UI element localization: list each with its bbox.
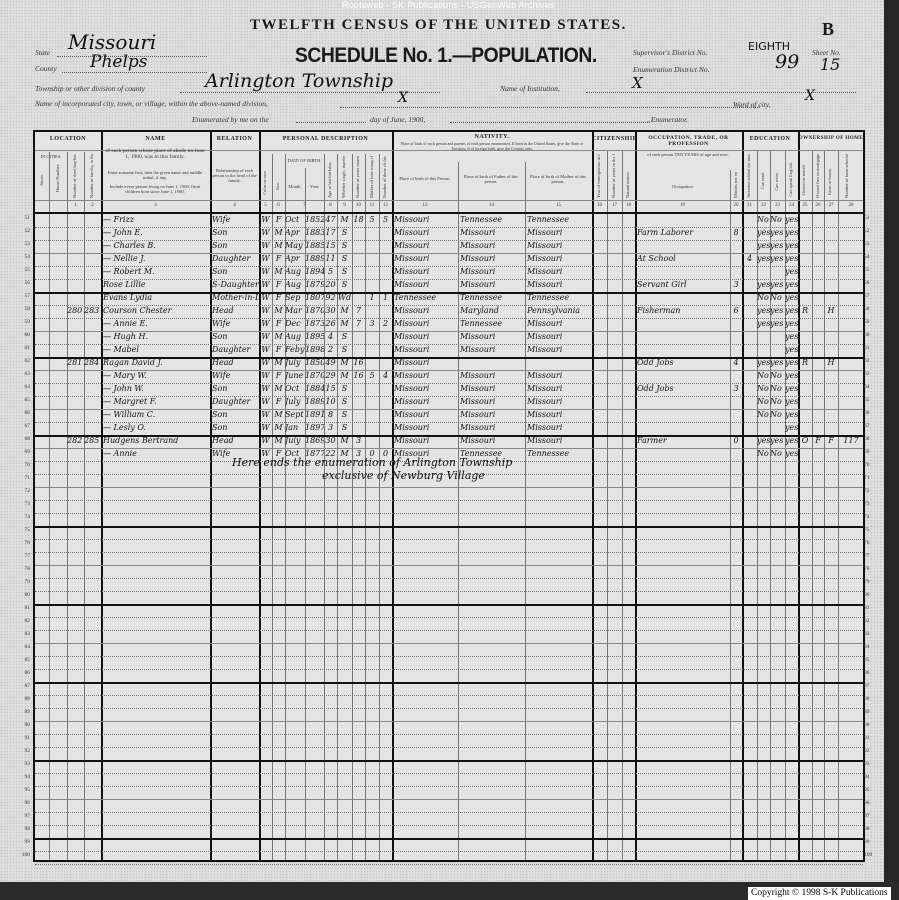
cell-year: 1869 xyxy=(305,435,324,447)
cell-year: 1870 xyxy=(305,370,324,382)
group-nativity: NATIVITY. xyxy=(392,134,592,140)
cell-unemployed: 3 xyxy=(730,279,742,291)
cell-mother-bp: Missouri xyxy=(527,331,592,343)
cell-month: Aug xyxy=(285,266,305,278)
sub-farm-schedule: Number of farm schedule. xyxy=(844,154,849,198)
line-number: 54 xyxy=(864,254,878,260)
cell-age: 4 xyxy=(324,331,337,343)
cell-marital: M xyxy=(337,214,352,226)
line-number: 75 xyxy=(864,527,878,533)
row-rule xyxy=(35,552,863,553)
cell-father-bp: Missouri xyxy=(460,344,525,356)
row-rule xyxy=(35,695,863,696)
cell-color: W xyxy=(259,357,272,369)
cell-name: — William C. xyxy=(103,409,210,421)
sub-dwelling: Number of dwelling-house, in the order o… xyxy=(72,154,77,198)
cell-father-bp: Missouri xyxy=(460,279,525,291)
cell-age: 11 xyxy=(324,253,337,265)
cell-occupation: Odd Jobs xyxy=(637,357,730,369)
cell-marital: S xyxy=(337,240,352,252)
cell-relation: Son xyxy=(212,266,259,278)
col-num-13: 13 xyxy=(392,203,458,208)
cell-birthplace: Missouri xyxy=(394,422,458,434)
cell-birthplace: Missouri xyxy=(394,240,458,252)
line-number: 98 xyxy=(864,826,878,832)
incorporated-value: X xyxy=(398,90,408,106)
line-number: 77 xyxy=(864,553,878,559)
cell-marital: S xyxy=(337,279,352,291)
line-number: 87 xyxy=(864,683,878,689)
column-number-divider xyxy=(35,200,863,201)
line-number: 62 xyxy=(864,358,878,364)
cell-birthplace: Tennessee xyxy=(394,292,458,304)
cell-free: F xyxy=(812,435,824,447)
cell-family: 284 xyxy=(84,357,101,369)
cell-english: yes xyxy=(785,240,798,252)
line-number: 84 xyxy=(16,644,30,650)
col-divider xyxy=(67,152,68,860)
cell-age: 15 xyxy=(324,240,337,252)
cell-age: 15 xyxy=(324,383,337,395)
row-rule xyxy=(35,864,863,865)
cell-relation: Son xyxy=(212,240,259,252)
cell-sex: M xyxy=(272,266,285,278)
cell-father-bp: Missouri xyxy=(460,435,525,447)
cell-year: 1895 xyxy=(305,331,324,343)
sub-free-mortgaged: Owned free or mortgaged. xyxy=(815,154,820,198)
cell-english: yes xyxy=(785,344,798,356)
incorporated-line xyxy=(340,107,760,108)
cell-english: yes xyxy=(785,435,798,447)
cell-relation: Son xyxy=(212,409,259,421)
cell-month: July xyxy=(285,396,305,408)
line-number: 93 xyxy=(16,761,30,767)
cell-read: yes xyxy=(757,435,770,447)
line-number: 97 xyxy=(16,813,30,819)
line-number: 100 xyxy=(864,852,878,858)
enumerator-line xyxy=(450,122,650,123)
cell-color: W xyxy=(259,279,272,291)
line-number: 75 xyxy=(16,527,30,533)
cell-write: No xyxy=(770,448,785,460)
incorporated-label: Name of incorporated city, town, or vill… xyxy=(35,99,268,108)
line-number: 90 xyxy=(864,722,878,728)
col-divider xyxy=(798,132,800,860)
cell-age: 30 xyxy=(324,435,337,447)
cell-occupation: Farmer xyxy=(637,435,730,447)
line-number: 78 xyxy=(16,566,30,572)
cell-mother-bp: Missouri xyxy=(527,344,592,356)
line-number: 64 xyxy=(864,384,878,390)
nativity-description: Place of birth of each person and parent… xyxy=(395,142,589,151)
cell-mother-bp: Missouri xyxy=(527,396,592,408)
cell-name: — John W. xyxy=(103,383,210,395)
line-number: 66 xyxy=(16,410,30,416)
cell-mother-bp: Missouri xyxy=(527,253,592,265)
name-note-2: Include every person living on June 1, 1… xyxy=(105,184,205,194)
line-number: 86 xyxy=(16,670,30,676)
cell-write: yes xyxy=(770,240,785,252)
col-num-8: 8 xyxy=(324,203,337,208)
line-number: 60 xyxy=(16,332,30,338)
line-number: 68 xyxy=(16,436,30,442)
cell-years-married: 18 xyxy=(352,214,365,226)
row-rule xyxy=(35,565,863,566)
cell-name: Ragan David J. xyxy=(103,357,210,369)
cell-sex: F xyxy=(272,292,285,304)
line-number: 67 xyxy=(864,423,878,429)
cell-age: 2 xyxy=(324,344,337,356)
cell-write: yes xyxy=(770,227,785,239)
cell-color: W xyxy=(259,266,272,278)
cell-age: 26 xyxy=(324,318,337,330)
sub-children-living: Number of these children living. xyxy=(382,156,387,198)
line-number: 87 xyxy=(16,683,30,689)
cell-english: yes xyxy=(785,357,798,369)
col-divider xyxy=(622,150,623,860)
state-value: Missouri xyxy=(68,30,156,54)
cell-english: yes xyxy=(785,292,798,304)
cell-relation: Son xyxy=(212,422,259,434)
cell-year: 1807 xyxy=(305,292,324,304)
cell-age: 3 xyxy=(324,422,337,434)
line-number: 62 xyxy=(16,358,30,364)
sub-farm-house: Farm or house. xyxy=(827,168,832,195)
cell-english: yes xyxy=(785,331,798,343)
cell-name: — John E. xyxy=(103,227,210,239)
col-divider xyxy=(592,132,594,860)
line-number: 93 xyxy=(864,761,878,767)
cell-birthplace: Missouri xyxy=(394,409,458,421)
col-divider xyxy=(379,154,380,860)
cell-age: 20 xyxy=(324,279,337,291)
line-number: 70 xyxy=(864,462,878,468)
line-number: 57 xyxy=(864,293,878,299)
cell-color: W xyxy=(259,344,272,356)
cell-father-bp: Missouri xyxy=(460,422,525,434)
cell-color: W xyxy=(259,227,272,239)
date-of-birth-label: DATE OF BIRTH. xyxy=(285,158,324,163)
line-number: 71 xyxy=(864,475,878,481)
cell-father-bp: Tennessee xyxy=(460,214,525,226)
cell-marital: S xyxy=(337,409,352,421)
group-name: NAME xyxy=(101,136,210,142)
sub-year: Year. xyxy=(305,184,324,189)
col-num-3: 3 xyxy=(101,203,210,208)
sub-birthplace-mother: Place of birth of Mother of this person. xyxy=(528,174,588,184)
cell-farm: H xyxy=(824,305,838,317)
col-num-5: 5 xyxy=(259,203,272,208)
cell-year: 1873 xyxy=(305,318,324,330)
cell-years-married: 7 xyxy=(352,318,365,330)
cell-sex: M xyxy=(272,422,285,434)
cell-month: Aug xyxy=(285,331,305,343)
cell-birthplace: Missouri xyxy=(394,214,458,226)
cell-father-bp: Maryland xyxy=(460,305,525,317)
cell-mother-bp: Missouri xyxy=(527,279,592,291)
cell-write: No xyxy=(770,383,785,395)
institution-line xyxy=(586,92,856,93)
line-number: 65 xyxy=(16,397,30,403)
sub-month: Month. xyxy=(285,184,305,189)
cell-month: Oct xyxy=(285,214,305,226)
cell-english: yes xyxy=(785,383,798,395)
line-number: 97 xyxy=(864,813,878,819)
row-rule xyxy=(35,487,863,488)
col-num-14: 14 xyxy=(458,203,525,208)
cell-dwelling: 281 xyxy=(67,357,84,369)
col-num-7: 7 xyxy=(285,203,324,208)
group-education: EDUCATION xyxy=(742,136,798,142)
sub-house-number: House Number. xyxy=(55,164,60,192)
line-number: 90 xyxy=(16,722,30,728)
line-number: 85 xyxy=(16,657,30,663)
cell-birthplace: Missouri xyxy=(394,253,458,265)
cell-relation: Head xyxy=(212,305,259,317)
group-ownership: OWNERSHIP OF HOME xyxy=(798,136,864,141)
cell-marital: M xyxy=(337,305,352,317)
line-number: 81 xyxy=(16,605,30,611)
cell-name: — Lesly O. xyxy=(103,422,210,434)
cell-year: 1889 xyxy=(305,253,324,265)
row-rule xyxy=(35,591,863,592)
line-number: 59 xyxy=(864,319,878,325)
cell-relation: Daughter xyxy=(212,253,259,265)
col-num-9: 9 xyxy=(337,203,352,208)
copyright-notice: Copyright © 1998 S-K Publications xyxy=(748,887,891,900)
line-number: 79 xyxy=(16,579,30,585)
cell-marital: S xyxy=(337,422,352,434)
col-num-2: 2 xyxy=(84,203,101,208)
cell-occupation: Fisherman xyxy=(637,305,730,317)
cell-english: yes xyxy=(785,266,798,278)
cell-name: — Robert M. xyxy=(103,266,210,278)
line-number: 52 xyxy=(864,228,878,234)
cell-month: June xyxy=(285,370,305,382)
cell-mother: 3 xyxy=(365,318,379,330)
cell-english: yes xyxy=(785,370,798,382)
state-label: State xyxy=(35,48,50,57)
cell-relation: S-Daughter xyxy=(212,279,259,291)
cell-english: yes xyxy=(785,318,798,330)
row-rule xyxy=(35,500,863,501)
cell-marital: S xyxy=(337,396,352,408)
cell-age: 30 xyxy=(324,305,337,317)
col-num-26: 26 xyxy=(812,203,824,208)
cell-color: W xyxy=(259,305,272,317)
cell-mother-bp: Missouri xyxy=(527,266,592,278)
cell-name: — Mary W. xyxy=(103,370,210,382)
cell-mother-bp: Tennessee xyxy=(527,448,592,460)
cell-month: Dec xyxy=(285,318,305,330)
ward-label: Ward of city, xyxy=(733,100,771,109)
cell-relation: Son xyxy=(212,383,259,395)
cell-write: yes xyxy=(770,435,785,447)
cell-family: 285 xyxy=(84,435,101,447)
cell-year: 1850 xyxy=(305,357,324,369)
group-occupation: OCCUPATION, TRADE, OR PROFESSION xyxy=(635,135,742,147)
cell-year: 1879 xyxy=(305,279,324,291)
cell-dwelling: 282 xyxy=(67,435,84,447)
col-divider xyxy=(84,152,85,860)
row-rule xyxy=(35,578,863,579)
cell-read: No xyxy=(757,409,770,421)
cell-mother-bp: Tennessee xyxy=(527,292,592,304)
col-num-1: 1 xyxy=(67,203,84,208)
relation-description: Relationship of each person to the head … xyxy=(212,168,257,183)
cell-english: yes xyxy=(785,214,798,226)
cell-family: 283 xyxy=(84,305,101,317)
cell-mother-bp: Missouri xyxy=(527,240,592,252)
cell-sex: M xyxy=(272,435,285,447)
group-location: LOCATION xyxy=(35,136,101,142)
cell-year: 1897 xyxy=(305,422,324,434)
enumerated-label: Enumerated by me on the xyxy=(192,115,269,124)
cell-write: yes xyxy=(770,318,785,330)
sub-birthplace-father: Place of birth of Father of this person. xyxy=(461,174,521,184)
cell-month: Apr xyxy=(285,253,305,265)
cell-name: — Hugh H. xyxy=(103,331,210,343)
row-rule xyxy=(35,708,863,709)
row-rule xyxy=(35,773,863,774)
row-rule xyxy=(35,539,863,540)
cell-unemployed: 3 xyxy=(730,383,742,395)
cell-father-bp: Missouri xyxy=(460,266,525,278)
institution-value: X xyxy=(632,74,643,92)
census-title: TWELFTH CENSUS OF THE UNITED STATES. xyxy=(250,17,627,34)
cell-sex: F xyxy=(272,370,285,382)
cell-age: 8 xyxy=(324,409,337,421)
col-divider xyxy=(730,170,731,860)
col-num-15: 15 xyxy=(525,203,592,208)
cell-color: W xyxy=(259,409,272,421)
line-number: 94 xyxy=(864,774,878,780)
cell-years-married: 3 xyxy=(352,435,365,447)
line-number: 53 xyxy=(16,241,30,247)
sub-years-married: Number of years married. xyxy=(355,156,360,198)
cell-write: yes xyxy=(770,305,785,317)
cell-write: No xyxy=(770,370,785,382)
cell-unemployed: 0 xyxy=(730,435,742,447)
cell-read: yes xyxy=(757,227,770,239)
sub-age: Age at last birthday. xyxy=(327,156,332,198)
cell-marital: M xyxy=(337,370,352,382)
cell-occupation: Servant Girl xyxy=(637,279,730,291)
cell-age: 29 xyxy=(324,370,337,382)
watermark: Rootsweb - SK Publications - USGenWeb Ar… xyxy=(342,0,555,10)
line-number: 57 xyxy=(16,293,30,299)
cell-english: yes xyxy=(785,409,798,421)
line-number: 59 xyxy=(16,319,30,325)
line-number: 51 xyxy=(864,215,878,221)
ward-value: X xyxy=(805,88,815,104)
cell-birthplace: Missouri xyxy=(394,357,458,369)
sub-attended-school: Attended school (in months). xyxy=(746,154,751,198)
cell-marital: S xyxy=(337,253,352,265)
cell-read: No xyxy=(757,383,770,395)
cell-write: No xyxy=(770,396,785,408)
cell-father-bp: Missouri xyxy=(460,240,525,252)
cell-english: yes xyxy=(785,305,798,317)
cell-name: — Frizz xyxy=(103,214,210,226)
col-num-10: 10 xyxy=(352,203,365,208)
line-number: 61 xyxy=(864,345,878,351)
cell-age: 5 xyxy=(324,266,337,278)
cell-occupation: At School xyxy=(637,253,730,265)
line-number: 80 xyxy=(864,592,878,598)
line-number: 56 xyxy=(864,280,878,286)
cell-sex: F xyxy=(272,318,285,330)
line-number: 92 xyxy=(16,748,30,754)
cell-month: Sept xyxy=(285,409,305,421)
cell-color: W xyxy=(259,214,272,226)
cell-name: — Nellie J. xyxy=(103,253,210,265)
cell-year: 1884 xyxy=(305,383,324,395)
sub-marital: Whether single, married, widowed, or div… xyxy=(341,156,346,198)
cell-living: 2 xyxy=(379,318,392,330)
line-number: 65 xyxy=(864,397,878,403)
cell-sex: M xyxy=(272,383,285,395)
cell-marital: S xyxy=(337,331,352,343)
row-rule xyxy=(35,838,863,840)
sub-sex: Sex. xyxy=(275,182,280,190)
cell-years-married: 16 xyxy=(352,357,365,369)
line-number: 81 xyxy=(864,605,878,611)
cell-read: No xyxy=(757,448,770,460)
cell-mother: 1 xyxy=(365,292,379,304)
cell-father-bp: Missouri xyxy=(460,331,525,343)
county-value: Phelps xyxy=(90,52,148,72)
cell-sex: F xyxy=(272,214,285,226)
cell-living: 5 xyxy=(379,214,392,226)
line-number: 82 xyxy=(864,618,878,624)
cell-relation: Head xyxy=(212,435,259,447)
cell-years-married: 7 xyxy=(352,305,365,317)
cell-month: Apr xyxy=(285,227,305,239)
cell-birthplace: Missouri xyxy=(394,305,458,317)
group-personal-description: PERSONAL DESCRIPTION xyxy=(259,136,392,142)
row-rule xyxy=(35,604,863,606)
row-rule xyxy=(35,812,863,813)
cell-year: 1898 xyxy=(305,344,324,356)
cell-mother: 5 xyxy=(365,370,379,382)
cell-relation: Wife xyxy=(212,318,259,330)
cell-read: No xyxy=(757,292,770,304)
cell-sex: F xyxy=(272,279,285,291)
line-number: 76 xyxy=(16,540,30,546)
sub-can-write: Can write. xyxy=(774,172,779,191)
line-number: 55 xyxy=(864,267,878,273)
cell-father-bp: Tennessee xyxy=(460,292,525,304)
col-divider xyxy=(352,154,353,860)
cell-read: yes xyxy=(757,240,770,252)
cell-month: Aug xyxy=(285,279,305,291)
cell-birthplace: Missouri xyxy=(394,370,458,382)
cell-occupation: Odd Jobs xyxy=(637,383,730,395)
line-number: 89 xyxy=(16,709,30,715)
col-num-17: 17 xyxy=(607,203,622,208)
col-divider xyxy=(812,150,813,860)
cell-age: 10 xyxy=(324,396,337,408)
cell-mother: 5 xyxy=(365,214,379,226)
line-number: 88 xyxy=(16,696,30,702)
line-number: 72 xyxy=(16,488,30,494)
cell-relation: Son xyxy=(212,227,259,239)
line-number: 71 xyxy=(16,475,30,481)
cell-read: No xyxy=(757,370,770,382)
cell-name: Evans Lydia xyxy=(103,292,210,304)
cell-write: No xyxy=(770,214,785,226)
